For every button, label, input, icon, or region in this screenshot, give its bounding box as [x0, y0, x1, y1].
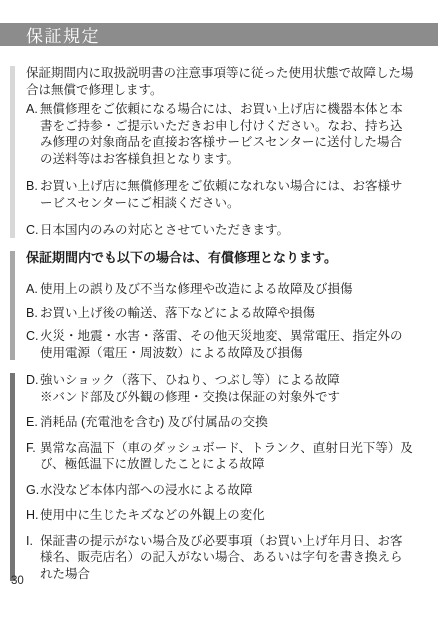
page-content: 保証期間内に取扱説明書の注意事項等に従った使用状態で故障した場合は無償で修理しま…	[0, 65, 438, 582]
item-text: 使用上の誤り及び不当な修理や改造による故障及び損傷	[40, 281, 414, 298]
list-item: H. 使用中に生じたキズなどの外観上の変化	[26, 507, 414, 524]
paid-repair-items-section: D. 強いショック（落下、ひねり、つぶし等）による故障 ※バンド部及び外観の修理…	[10, 372, 414, 582]
list-item: D. 強いショック（落下、ひねり、つぶし等）による故障 ※バンド部及び外観の修理…	[26, 372, 414, 405]
item-text: 使用中に生じたキズなどの外観上の変化	[40, 507, 414, 524]
paid-repair-heading: 保証期間内でも以下の場合は、有償修理となります。	[26, 250, 414, 267]
item-text: 消耗品 (充電池を含む) 及び付属品の交換	[40, 414, 414, 431]
item-text: 日本国内のみの対応とさせていただきます。	[40, 222, 414, 239]
page-banner: 保証規定	[0, 23, 438, 46]
item-text-wrap: 強いショック（落下、ひねり、つぶし等）による故障 ※バンド部及び外観の修理・交換…	[40, 372, 414, 405]
item-text: 異常な高温下（車のダッシュボード、トランク、直射日光下等）及び、極低温下に放置し…	[40, 440, 414, 473]
list-item: G. 水没など本体内部への浸水による故障	[26, 482, 414, 499]
list-item: C. 日本国内のみの対応とさせていただきます。	[26, 222, 414, 239]
item-label: F.	[26, 440, 40, 473]
free-repair-section: 保証期間内に取扱説明書の注意事項等に従った使用状態で故障した場合は無償で修理しま…	[10, 65, 414, 239]
item-label: I.	[26, 533, 40, 583]
intro-paragraph: 保証期間内に取扱説明書の注意事項等に従った使用状態で故障した場合は無償で修理しま…	[26, 65, 414, 98]
paid-repair-heading-bar	[10, 251, 15, 361]
item-text: 水没など本体内部への浸水による故障	[40, 482, 414, 499]
item-label: A.	[26, 101, 40, 167]
item-text: 無償修理をご依頼になる場合には、お買い上げ店に機器本体と本書をご持参・ご提示いた…	[40, 101, 414, 167]
item-text: 強いショック（落下、ひねり、つぶし等）による故障	[40, 373, 340, 387]
list-item: F. 異常な高温下（車のダッシュボード、トランク、直射日光下等）及び、極低温下に…	[26, 440, 414, 473]
page-title: 保証規定	[0, 22, 100, 47]
item-label: C.	[26, 328, 40, 361]
list-item: E. 消耗品 (充電池を含む) 及び付属品の交換	[26, 414, 414, 431]
item-label: H.	[26, 507, 40, 524]
warranty-page: 保証規定 保証期間内に取扱説明書の注意事項等に従った使用状態で故障した場合は無償…	[0, 0, 438, 621]
item-label: D.	[26, 372, 40, 405]
item-label: G.	[26, 482, 40, 499]
list-item: C. 火災・地震・水害・落雷、その他天災地変、異常電圧、指定外の使用電源（電圧・…	[26, 328, 414, 361]
item-label: C.	[26, 222, 40, 239]
item-label: E.	[26, 414, 40, 431]
paid-repair-heading-section: 保証期間内でも以下の場合は、有償修理となります。 A. 使用上の誤り及び不当な修…	[10, 250, 414, 362]
page-number: 30	[11, 575, 24, 587]
list-item: A. 無償修理をご依頼になる場合には、お買い上げ店に機器本体と本書をご持参・ご提…	[26, 101, 414, 167]
item-text: 保証書の提示がない場合及び必要事項（お買い上げ年月日、お客様名、販売店名）の記入…	[40, 533, 414, 583]
free-repair-section-bar	[10, 66, 15, 238]
list-item: B. お買い上げ後の輸送、落下などによる故障や損傷	[26, 305, 414, 322]
list-item: B. お買い上げ店に無償修理をご依頼になれない場合には、お客様サービスセンターに…	[26, 178, 414, 211]
item-text: お買い上げ店に無償修理をご依頼になれない場合には、お客様サービスセンターにご相談…	[40, 178, 414, 211]
list-item: I. 保証書の提示がない場合及び必要事項（お買い上げ年月日、お客様名、販売店名）…	[26, 533, 414, 583]
paid-repair-items-bar	[10, 373, 15, 581]
item-text: 火災・地震・水害・落雷、その他天災地変、異常電圧、指定外の使用電源（電圧・周波数…	[40, 328, 414, 361]
item-note: ※バンド部及び外観の修理・交換は保証の対象外です	[40, 389, 414, 406]
list-item: A. 使用上の誤り及び不当な修理や改造による故障及び損傷	[26, 281, 414, 298]
item-text: お買い上げ後の輸送、落下などによる故障や損傷	[40, 305, 414, 322]
item-label: A.	[26, 281, 40, 298]
item-label: B.	[26, 178, 40, 211]
item-label: B.	[26, 305, 40, 322]
